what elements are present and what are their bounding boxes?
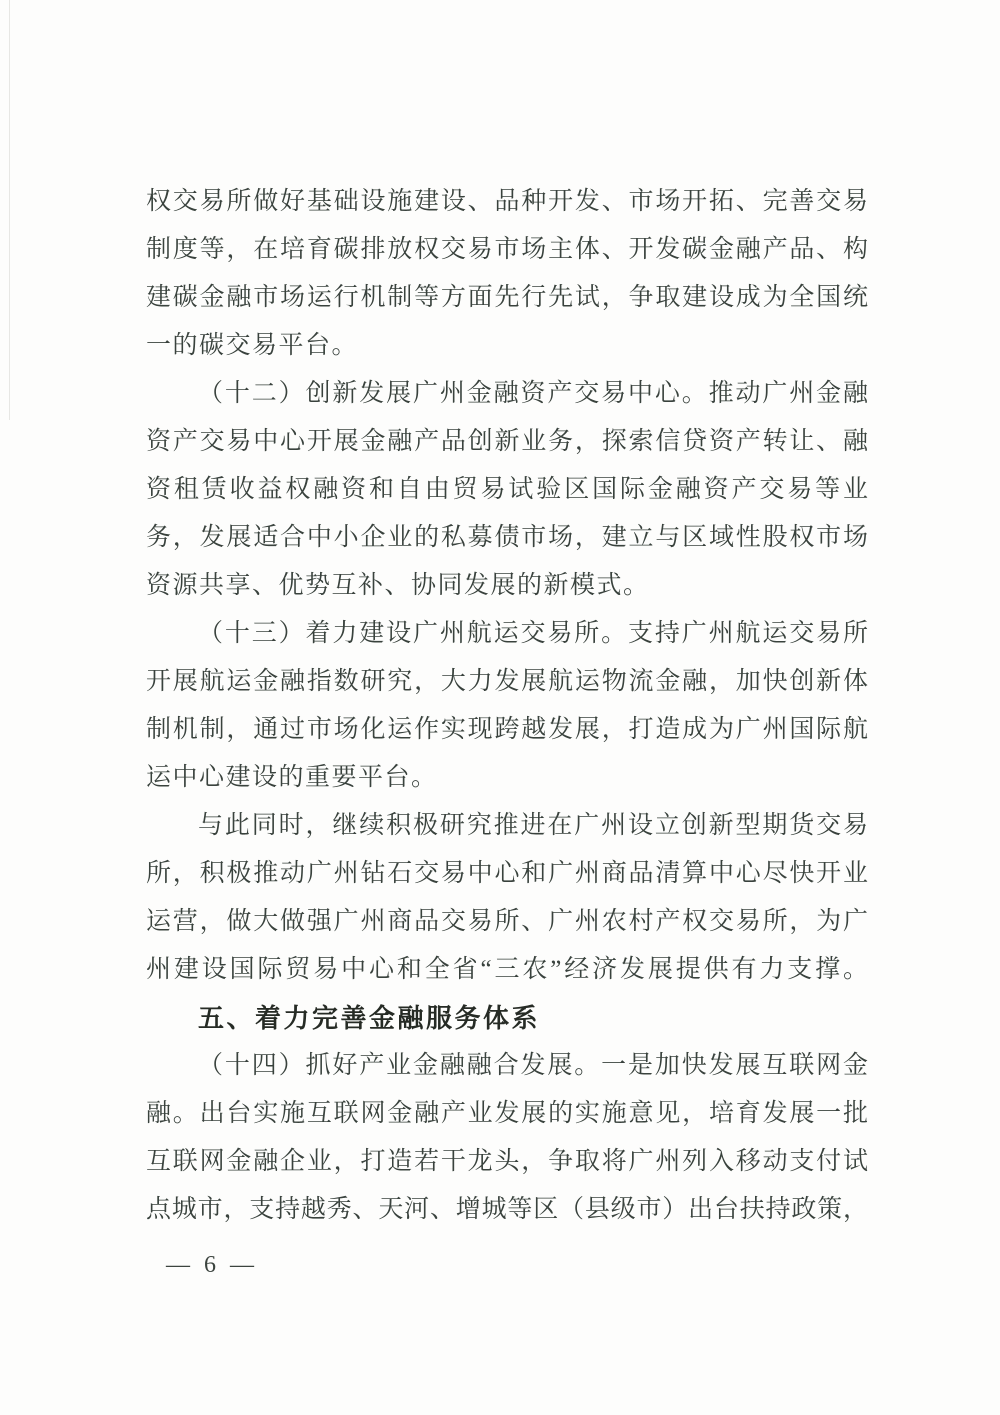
- text-line: 制机制，通过市场化运作实现跨越发展，打造成为广州国际航: [146, 706, 868, 754]
- text-line: 建碳金融市场运行机制等方面先行先试，争取建设成为全国统: [146, 274, 868, 322]
- document-page: 权交易所做好基础设施建设、品种开发、市场开拓、完善交易制度等，在培育碳排放权交易…: [0, 0, 1000, 1415]
- text-line: （十二）创新发展广州金融资产交易中心。推动广州金融: [146, 370, 868, 418]
- document-body: 权交易所做好基础设施建设、品种开发、市场开拓、完善交易制度等，在培育碳排放权交易…: [146, 178, 868, 1234]
- text-line: 资源共享、优势互补、协同发展的新模式。: [146, 562, 868, 610]
- page-number: — 6 —: [166, 1252, 258, 1279]
- text-line: 州建设国际贸易中心和全省“三农”经济发展提供有力支撑。: [146, 946, 868, 994]
- text-line: 权交易所做好基础设施建设、品种开发、市场开拓、完善交易: [146, 178, 868, 226]
- text-line: 点城市，支持越秀、天河、增城等区（县级市）出台扶持政策，: [146, 1186, 868, 1234]
- text-line: 与此同时，继续积极研究推进在广州设立创新型期货交易: [146, 802, 868, 850]
- text-line: 运营，做大做强广州商品交易所、广州农村产权交易所，为广: [146, 898, 868, 946]
- text-line: 运中心建设的重要平台。: [146, 754, 868, 802]
- text-line: 一的碳交易平台。: [146, 322, 868, 370]
- text-line: 务，发展适合中小企业的私募债市场，建立与区域性股权市场: [146, 514, 868, 562]
- scan-edge-artifact: [9, 0, 10, 420]
- text-line: 资租赁收益权融资和自由贸易试验区国际金融资产交易等业: [146, 466, 868, 514]
- text-line: 融。出台实施互联网金融产业发展的实施意见，培育发展一批: [146, 1090, 868, 1138]
- text-line: 制度等，在培育碳排放权交易市场主体、开发碳金融产品、构: [146, 226, 868, 274]
- text-line: 开展航运金融指数研究，大力发展航运物流金融，加快创新体: [146, 658, 868, 706]
- text-line: 所，积极推动广州钻石交易中心和广州商品清算中心尽快开业: [146, 850, 868, 898]
- text-line: 资产交易中心开展金融产品创新业务，探索信贷资产转让、融: [146, 418, 868, 466]
- text-line: 互联网金融企业，打造若干龙头，争取将广州列入移动支付试: [146, 1138, 868, 1186]
- section-heading: 五、着力完善金融服务体系: [146, 994, 868, 1042]
- text-line: （十四）抓好产业金融融合发展。一是加快发展互联网金: [146, 1042, 868, 1090]
- text-line: （十三）着力建设广州航运交易所。支持广州航运交易所: [146, 610, 868, 658]
